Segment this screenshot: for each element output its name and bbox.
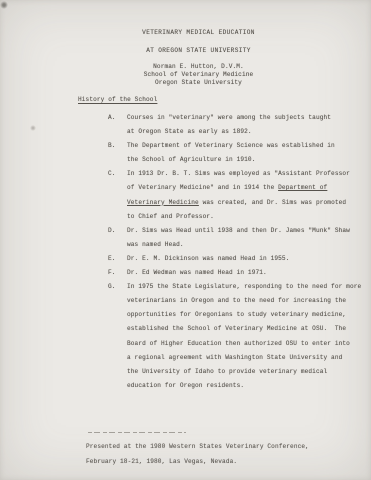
list-line: G.In 1975 the State Legislature, respond…: [108, 280, 348, 294]
section-heading: History of the School: [78, 96, 157, 103]
item-label: E.: [108, 252, 127, 266]
item-text: Dr. E. M. Dickinson was named Head in 19…: [127, 252, 290, 266]
item-text: the School of Agriculture in 1910.: [127, 153, 255, 167]
text-line: Oregon State University: [13, 79, 371, 87]
history-list: A.Courses in "veterinary" were among the…: [108, 111, 348, 393]
list-line: the School of Agriculture in 1910.: [108, 153, 348, 167]
list-line: F.Dr. Ed Wedman was named Head in 1971.: [108, 266, 348, 280]
item-label: [108, 294, 127, 308]
text-line: February 18-21, 1980, Las Vegas, Nevada.: [86, 454, 309, 469]
item-label: B.: [108, 139, 127, 153]
item-label: [108, 153, 127, 167]
footnote-divider: [88, 432, 186, 433]
item-text: at Oregon State as early as 1892.: [127, 125, 252, 139]
list-line: of Veterinary Medicine" and in 1914 the …: [108, 181, 348, 195]
author-byline: Norman E. Hutton, D.V.M.School of Veteri…: [13, 63, 371, 86]
text-line: School of Veterinary Medicine: [13, 71, 371, 79]
item-label: C.: [108, 167, 127, 181]
item-label: [108, 196, 127, 210]
item-label: [108, 210, 127, 224]
document-title: VETERINARY MEDICAL EDUCATIONAT OREGON ST…: [13, 24, 371, 60]
item-text: In 1913 Dr. B. T. Sims was employed as "…: [127, 167, 350, 181]
item-text: established the School of Veterinary Med…: [127, 322, 346, 336]
list-line: to Chief and Professor.: [108, 210, 348, 224]
item-text: was named Head.: [127, 238, 184, 252]
item-label: [108, 125, 127, 139]
item-text: Courses in "veterinary" were among the s…: [127, 111, 331, 125]
list-line: the University of Idaho to provide veter…: [108, 365, 348, 379]
item-text: In 1975 the State Legislature, respondin…: [127, 280, 361, 294]
text-line: VETERINARY MEDICAL EDUCATION: [13, 24, 371, 42]
item-label: [108, 308, 127, 322]
item-label: [108, 322, 127, 336]
item-label: G.: [108, 280, 127, 294]
item-text: of Veterinary Medicine" and in 1914 the …: [127, 181, 327, 195]
list-line: at Oregon State as early as 1892.: [108, 125, 348, 139]
item-label: [108, 238, 127, 252]
list-line: was named Head.: [108, 238, 348, 252]
item-text: to Chief and Professor.: [127, 210, 214, 224]
list-line: Veterinary Medicine was created, and Dr.…: [108, 196, 348, 210]
list-line: B.The Department of Veterinary Science w…: [108, 139, 348, 153]
list-line: opportunities for Oregonians to study ve…: [108, 308, 348, 322]
item-label: [108, 181, 127, 195]
list-line: E.Dr. E. M. Dickinson was named Head in …: [108, 252, 348, 266]
item-text: Veterinary Medicine was created, and Dr.…: [127, 196, 346, 210]
item-label: [108, 365, 127, 379]
item-text: Dr. Sims was Head until 1938 and then Dr…: [127, 224, 350, 238]
list-line: A.Courses in "veterinary" were among the…: [108, 111, 348, 125]
item-text: veterinarians in Oregon and to the need …: [127, 294, 346, 308]
list-line: established the School of Veterinary Med…: [108, 322, 348, 336]
item-label: F.: [108, 266, 127, 280]
item-text: opportunities for Oregonians to study ve…: [127, 308, 346, 322]
footnote: Presented at the 1980 Western States Vet…: [86, 439, 309, 469]
list-line: veterinarians in Oregon and to the need …: [108, 294, 348, 308]
item-text: a regional agreement with Washington Sta…: [127, 351, 342, 365]
list-line: D.Dr. Sims was Head until 1938 and then …: [108, 224, 348, 238]
list-line: a regional agreement with Washington Sta…: [108, 351, 348, 365]
item-text: Dr. Ed Wedman was named Head in 1971.: [127, 266, 267, 280]
list-line: education for Oregon residents.: [108, 379, 348, 393]
scanned-document-page: VETERINARY MEDICAL EDUCATIONAT OREGON ST…: [0, 0, 371, 480]
item-label: [108, 337, 127, 351]
list-line: Board of Higher Education then authorize…: [108, 337, 348, 351]
item-text: Board of Higher Education then authorize…: [127, 337, 350, 351]
item-text: education for Oregon residents.: [127, 379, 244, 393]
text-line: Norman E. Hutton, D.V.M.: [13, 63, 371, 71]
list-line: C.In 1913 Dr. B. T. Sims was employed as…: [108, 167, 348, 181]
item-text: The Department of Veterinary Science was…: [127, 139, 335, 153]
text-line: AT OREGON STATE UNIVERSITY: [13, 42, 371, 60]
item-label: [108, 379, 127, 393]
item-label: [108, 351, 127, 365]
item-label: A.: [108, 111, 127, 125]
item-text: the University of Idaho to provide veter…: [127, 365, 327, 379]
item-label: D.: [108, 224, 127, 238]
text-line: Presented at the 1980 Western States Vet…: [86, 439, 309, 454]
